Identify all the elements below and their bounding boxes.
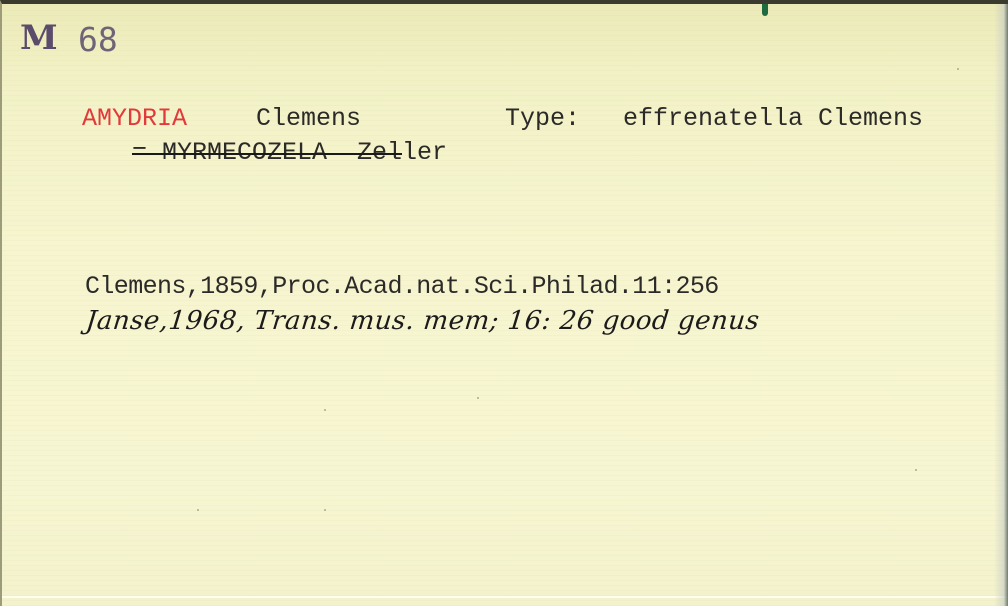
synonym-line: = MYRMECOZELA Zeller bbox=[132, 138, 447, 167]
paper-speck bbox=[957, 68, 959, 70]
paper-speck bbox=[915, 469, 917, 471]
genus-author: Clemens bbox=[256, 104, 361, 133]
type-species: effrenatella Clemens bbox=[623, 104, 923, 133]
synonym-struck-text: = MYRMECOZELA Zel bbox=[132, 138, 402, 167]
paper-speck bbox=[324, 509, 326, 511]
type-label: Type: bbox=[505, 104, 580, 133]
reference-typed: Clemens,1859,Proc.Acad.nat.Sci.Philad.11… bbox=[85, 272, 719, 301]
catalog-letter-stamp: M bbox=[20, 18, 56, 58]
synonym-suffix: ler bbox=[402, 138, 447, 167]
genus-name: AMYDRIA bbox=[82, 104, 187, 133]
index-card: M 68 AMYDRIA Clemens Type: effrenatella … bbox=[0, 0, 1008, 606]
card-bottom-edge bbox=[2, 596, 1008, 598]
green-tab-mark bbox=[762, 4, 768, 16]
paper-speck bbox=[197, 509, 199, 511]
paper-speck bbox=[324, 409, 326, 411]
catalog-number-stamp: 68 bbox=[78, 20, 118, 59]
reference-handwritten: Janse,1968, Trans. mus. mem; 16: 26 good… bbox=[84, 306, 761, 336]
paper-speck bbox=[477, 397, 479, 399]
